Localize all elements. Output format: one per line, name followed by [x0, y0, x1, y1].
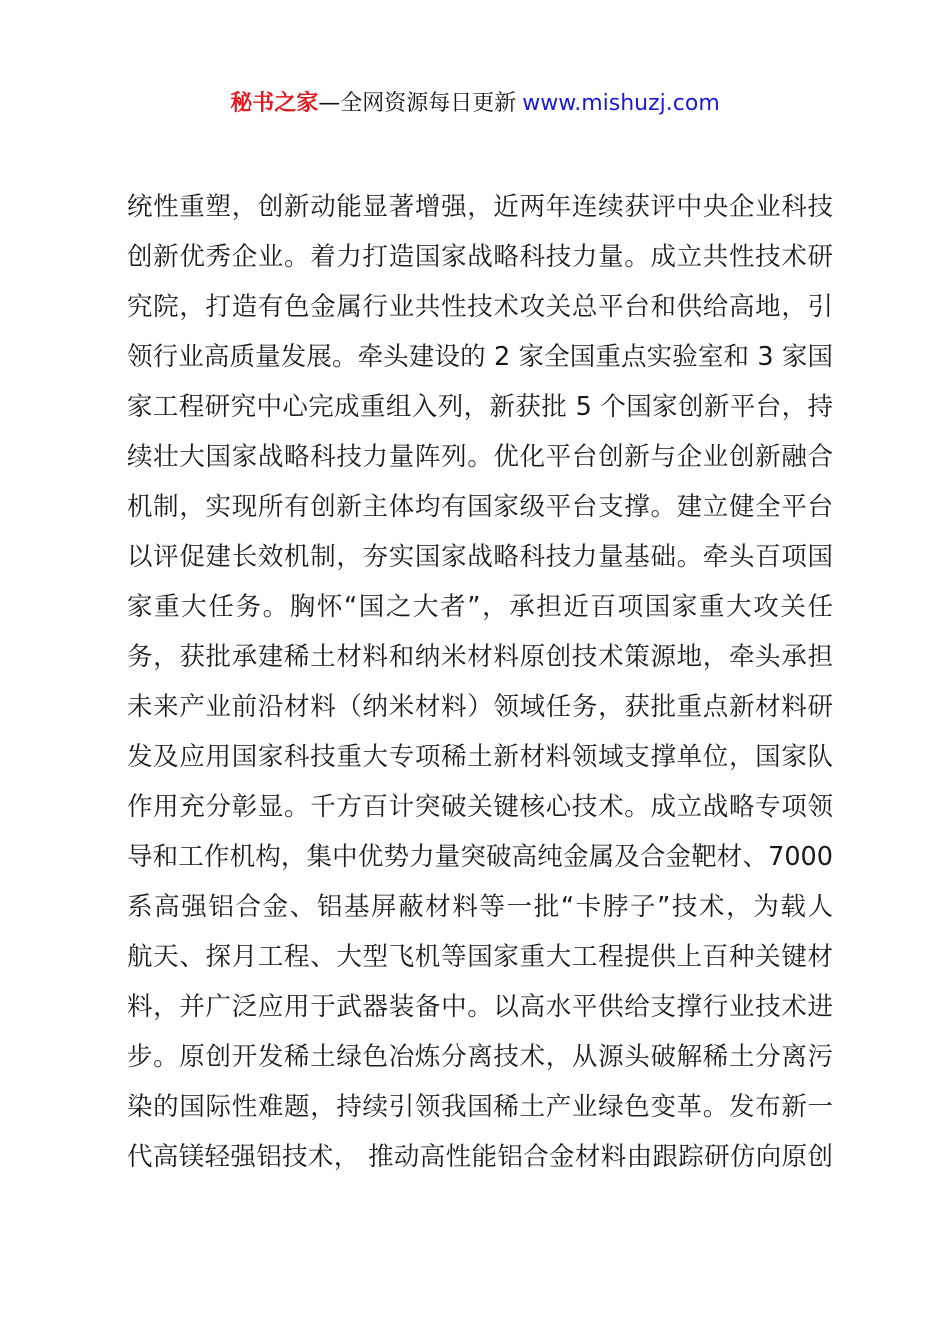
text-line: 料，并广泛应用于武器装备中。以高水平供给支撑行业技术进	[127, 982, 833, 1032]
text-line: 家工程研究中心完成重组入列，新获批 5 个国家创新平台，持	[127, 382, 833, 432]
text-line: 作用充分彰显。千方百计突破关键核心技术。成立战略专项领	[127, 782, 833, 832]
document-body: 统性重塑，创新动能显著增强，近两年连续获评中央企业科技 创新优秀企业。着力打造国…	[127, 182, 833, 1182]
text-line: 步。原创开发稀土绿色冶炼分离技术，从源头破解稀土分离污	[127, 1032, 833, 1082]
website-link[interactable]: www.mishuzj.com	[522, 91, 719, 116]
text-line: 统性重塑，创新动能显著增强，近两年连续获评中央企业科技	[127, 182, 833, 232]
text-line: 领行业高质量发展。牵头建设的 2 家全国重点实验室和 3 家国	[127, 332, 833, 382]
text-line: 未来产业前沿材料（纳米材料）领域任务，获批重点新材料研	[127, 682, 833, 732]
text-line: 染的国际性难题，持续引领我国稀土产业绿色变革。发布新一	[127, 1082, 833, 1132]
text-line: 发及应用国家科技重大专项稀土新材料领域支撑单位，国家队	[127, 732, 833, 782]
text-line: 创新优秀企业。着力打造国家战略科技力量。成立共性技术研	[127, 232, 833, 282]
page-header: 秘书之家—全网资源每日更新www.mishuzj.com	[0, 86, 950, 122]
header-slogan: —全网资源每日更新	[318, 91, 516, 116]
text-line: 代高镁轻强铝技术， 推动高性能铝合金材料由跟踪研仿向原创	[127, 1132, 833, 1182]
brand-name: 秘书之家	[230, 91, 318, 116]
text-line: 务，获批承建稀土材料和纳米材料原创技术策源地，牵头承担	[127, 632, 833, 682]
text-line: 以评促建长效机制，夯实国家战略科技力量基础。牵头百项国	[127, 532, 833, 582]
text-line: 机制，实现所有创新主体均有国家级平台支撑。建立健全平台	[127, 482, 833, 532]
text-line: 系高强铝合金、铝基屏蔽材料等一批“卡脖子”技术，为载人	[127, 882, 833, 932]
text-line: 航天、探月工程、大型飞机等国家重大工程提供上百种关键材	[127, 932, 833, 982]
text-line: 续壮大国家战略科技力量阵列。优化平台创新与企业创新融合	[127, 432, 833, 482]
text-line: 家重大任务。胸怀“国之大者”，承担近百项国家重大攻关任	[127, 582, 833, 632]
text-line: 究院，打造有色金属行业共性技术攻关总平台和供给高地，引	[127, 282, 833, 332]
text-line: 导和工作机构，集中优势力量突破高纯金属及合金靶材、7000	[127, 832, 833, 882]
